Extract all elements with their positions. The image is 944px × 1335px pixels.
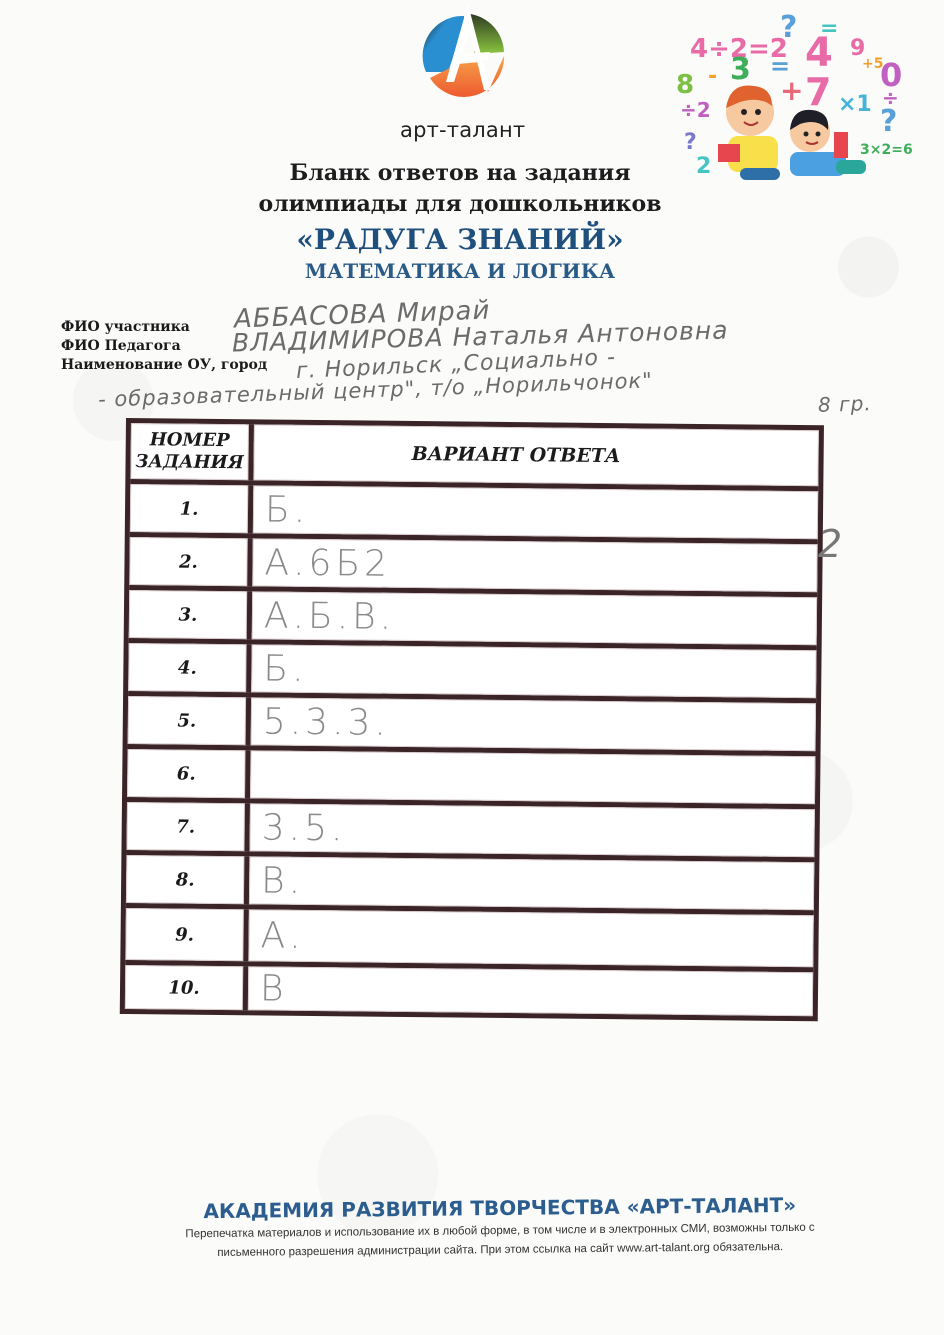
children-reading-math-illustration: 4÷2=2 ? = 3 = 4 9 +5 0 8 - + 7 ×1 ÷ ÷2 ?… [670,4,940,184]
answer-cell[interactable]: 5.3.3. [251,697,816,751]
table-row: 9.А. [125,903,814,967]
task-number: 9. [125,908,249,961]
answer-cell[interactable]: Б. [253,485,818,539]
handwritten-answer: А.6Б2 [252,542,391,584]
task-number: 8. [126,855,249,904]
table-header-row: НОМЕР ЗАДАНИЯ ВАРИАНТ ОТВЕТА [130,423,819,486]
column-header-line-1: НОМЕР [150,429,230,452]
handwritten-answer: 5.3.3. [251,701,390,743]
answer-cell[interactable]: В. [249,856,814,910]
task-number: 7. [126,802,249,851]
answer-cell[interactable]: А.Б.В. [252,591,817,645]
answer-table: НОМЕР ЗАДАНИЯ ВАРИАНТ ОТВЕТА 1.Б.2.А.6Б2… [120,418,824,1021]
answer-cell[interactable]: А. [248,909,814,967]
grader-margin-mark: 2 [818,522,842,566]
handwritten-answer: А. [248,915,305,957]
handwritten-answer: Б. [251,648,308,690]
table-row: 2.А.6Б2 [129,532,818,592]
logo: арт-талант [404,4,524,142]
handwritten-answer: В. [249,860,304,902]
task-number: 5. [128,696,251,745]
handwritten-answer: 3.5. [250,807,347,849]
table-row: 5.5.3.3. [128,691,817,751]
logo-text: арт-талант [400,118,524,142]
form-title: Бланк ответов на задания олимпиады для д… [200,158,720,284]
olympiad-name: «РАДУГА ЗНАНИЙ» [200,222,720,258]
title-line-2: олимпиады для дошкольников [200,189,720,220]
table-row: 1.Б. [130,479,819,539]
task-number: 4. [128,643,251,692]
column-header-answer: ВАРИАНТ ОТВЕТА [253,424,819,486]
table-row: 4.Б. [128,638,817,698]
answer-cell[interactable]: Б. [251,644,816,698]
title-line-1: Бланк ответов на задания [200,158,720,189]
task-number: 1. [130,484,253,533]
table-row: 8.В. [126,850,815,910]
column-header-line-2: ЗАДАНИЯ [135,451,243,474]
answer-cell[interactable]: А.6Б2 [252,538,817,592]
task-number: 10. [125,965,248,1010]
table-row: 7.3.5. [126,797,815,857]
answer-cell[interactable]: В [248,966,813,1016]
table-row: 10.В [125,960,813,1016]
handwritten-answer: А.Б.В. [252,595,396,637]
column-header-task-number: НОМЕР ЗАДАНИЯ [130,423,254,480]
handwritten-answer: Б. [253,489,310,531]
task-number: 2. [129,537,252,586]
answer-cell[interactable] [250,750,815,804]
task-number: 3. [129,590,252,639]
group-note: 8 гр. [818,391,872,417]
handwritten-answer: В [248,968,288,1009]
subject-name: МАТЕМАТИКА И ЛОГИКА [200,258,720,284]
art-talant-logo-icon [418,4,510,96]
answer-cell[interactable]: 3.5. [249,803,814,857]
footer: АКАДЕМИЯ РАЗВИТИЯ ТВОРЧЕСТВА «АРТ-ТАЛАНТ… [100,1192,901,1262]
table-row: 3.А.Б.В. [129,585,818,645]
table-row: 6. [127,744,816,804]
task-number: 6. [127,749,250,798]
school-label: Наименование ОУ, город [61,356,267,375]
